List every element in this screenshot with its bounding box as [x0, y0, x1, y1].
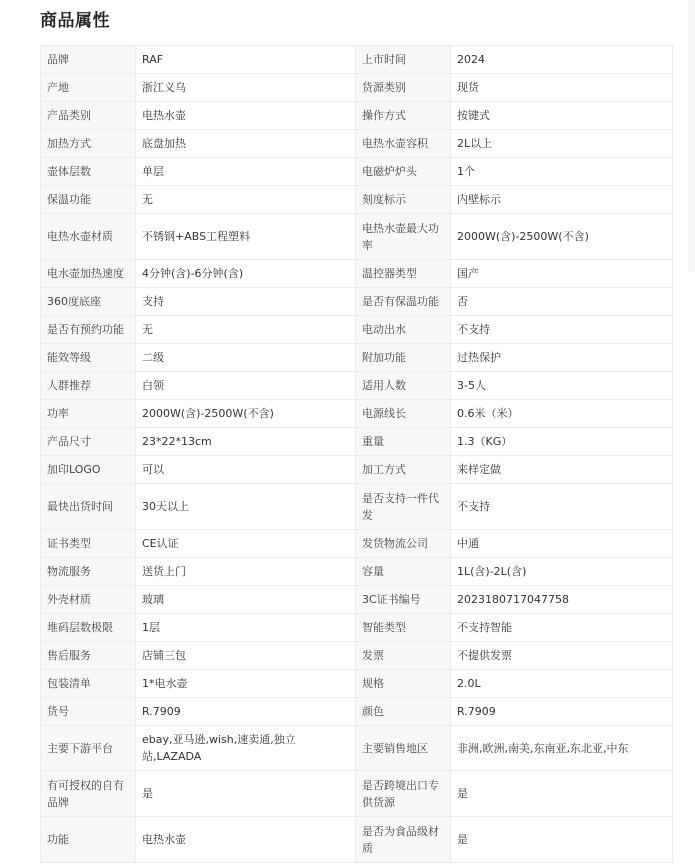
attribute-label: 加工方式	[356, 456, 451, 484]
attribute-value: 玻璃	[136, 586, 356, 614]
attribute-value: 否	[451, 288, 673, 316]
attribute-value: 浙江义乌	[136, 74, 356, 102]
attribute-value: 二级	[136, 344, 356, 372]
attribute-label: 能效等级	[41, 344, 136, 372]
attribute-value: 非洲,欧洲,南美,东南亚,东北亚,中东	[451, 726, 673, 771]
attribute-label: 适用人数	[356, 372, 451, 400]
attribute-label: 刻度标示	[356, 186, 451, 214]
attribute-row: 功能电热水壶是否为食品级材质是	[41, 817, 673, 863]
attribute-value: 1个	[451, 158, 673, 186]
attribute-row: 主要下游平台ebay,亚马逊,wish,速卖通,独立站,LAZADA主要销售地区…	[41, 726, 673, 771]
attribute-label: 重量	[356, 428, 451, 456]
attribute-value: 来样定做	[451, 456, 673, 484]
attribute-value: R.7909	[136, 698, 356, 726]
attribute-label: 是否为食品级材质	[356, 817, 451, 863]
attribute-label: 品牌	[41, 46, 136, 74]
attributes-body: 品牌RAF上市时间2024产地浙江义乌货源类别现货产品类别电热水壶操作方式按键式…	[41, 46, 673, 863]
attribute-value: 过热保护	[451, 344, 673, 372]
attribute-row: 产品类别电热水壶操作方式按键式	[41, 102, 673, 130]
attribute-value: 电热水壶	[136, 102, 356, 130]
attribute-value: 现货	[451, 74, 673, 102]
attribute-value: 不锈钢+ABS工程塑料	[136, 214, 356, 260]
attribute-label: 产品类别	[41, 102, 136, 130]
attribute-value: 送货上门	[136, 558, 356, 586]
attribute-row: 产品尺寸23*22*13cm重量1.3（KG）	[41, 428, 673, 456]
attribute-label: 是否跨境出口专供货源	[356, 771, 451, 817]
attribute-label: 智能类型	[356, 614, 451, 642]
attribute-value: 不支持智能	[451, 614, 673, 642]
attribute-label: 附加功能	[356, 344, 451, 372]
attribute-label: 主要销售地区	[356, 726, 451, 771]
attribute-label: 操作方式	[356, 102, 451, 130]
attribute-label: 电热水壶最大功率	[356, 214, 451, 260]
attribute-value: 是	[451, 817, 673, 863]
attribute-label: 人群推荐	[41, 372, 136, 400]
attribute-label: 产地	[41, 74, 136, 102]
attribute-value: 2000W(含)-2500W(不含)	[451, 214, 673, 260]
attribute-label: 外壳材质	[41, 586, 136, 614]
attribute-row: 壶体层数单层电磁炉炉头1个	[41, 158, 673, 186]
attribute-row: 堆码层数极限1层智能类型不支持智能	[41, 614, 673, 642]
attribute-row: 产地浙江义乌货源类别现货	[41, 74, 673, 102]
attribute-value: 内壁标示	[451, 186, 673, 214]
attribute-value: 可以	[136, 456, 356, 484]
attribute-label: 货源类别	[356, 74, 451, 102]
attribute-label: 360度底座	[41, 288, 136, 316]
attribute-value: RAF	[136, 46, 356, 74]
attribute-value: 2.0L	[451, 670, 673, 698]
attribute-value: 2024	[451, 46, 673, 74]
attribute-label: 3C证书编号	[356, 586, 451, 614]
attribute-value: 按键式	[451, 102, 673, 130]
attribute-value: 是	[136, 771, 356, 817]
attribute-value: 国产	[451, 260, 673, 288]
attribute-label: 发货物流公司	[356, 530, 451, 558]
attribute-row: 包装清单1*电水壶规格2.0L	[41, 670, 673, 698]
attribute-value: ebay,亚马逊,wish,速卖通,独立站,LAZADA	[136, 726, 356, 771]
attribute-label: 颜色	[356, 698, 451, 726]
attribute-label: 电源线长	[356, 400, 451, 428]
attribute-row: 物流服务送货上门容量1L(含)-2L(含)	[41, 558, 673, 586]
attribute-label: 规格	[356, 670, 451, 698]
attribute-row: 售后服务店铺三包发票不提供发票	[41, 642, 673, 670]
attribute-label: 证书类型	[41, 530, 136, 558]
attribute-row: 最快出货时间30天以上是否支持一件代发不支持	[41, 484, 673, 530]
attribute-row: 电热水壶材质不锈钢+ABS工程塑料电热水壶最大功率2000W(含)-2500W(…	[41, 214, 673, 260]
attribute-row: 品牌RAF上市时间2024	[41, 46, 673, 74]
attribute-value: 白领	[136, 372, 356, 400]
attribute-label: 加印LOGO	[41, 456, 136, 484]
attribute-label: 上市时间	[356, 46, 451, 74]
attribute-value: 0.6米（米）	[451, 400, 673, 428]
attribute-value: 23*22*13cm	[136, 428, 356, 456]
attribute-value: 1.3（KG）	[451, 428, 673, 456]
section-title: 商品属性	[40, 6, 110, 31]
attribute-value: 不提供发票	[451, 642, 673, 670]
attribute-label: 包装清单	[41, 670, 136, 698]
attribute-label: 最快出货时间	[41, 484, 136, 530]
attribute-row: 保温功能无刻度标示内壁标示	[41, 186, 673, 214]
attribute-value: 电热水壶	[136, 817, 356, 863]
scrollbar[interactable]	[688, 0, 695, 272]
attribute-value: R.7909	[451, 698, 673, 726]
attribute-label: 容量	[356, 558, 451, 586]
attribute-value: 中通	[451, 530, 673, 558]
attribute-label: 加热方式	[41, 130, 136, 158]
attribute-label: 温控器类型	[356, 260, 451, 288]
attribute-label: 电动出水	[356, 316, 451, 344]
attribute-label: 是否有预约功能	[41, 316, 136, 344]
attribute-row: 证书类型CE认证发货物流公司中通	[41, 530, 673, 558]
attribute-value: 无	[136, 186, 356, 214]
attribute-value: 3-5人	[451, 372, 673, 400]
attribute-label: 是否有保温功能	[356, 288, 451, 316]
attribute-label: 物流服务	[41, 558, 136, 586]
attribute-value: 无	[136, 316, 356, 344]
attribute-label: 是否支持一件代发	[356, 484, 451, 530]
attribute-value: 店铺三包	[136, 642, 356, 670]
attribute-value: 单层	[136, 158, 356, 186]
product-attributes-table: 品牌RAF上市时间2024产地浙江义乌货源类别现货产品类别电热水壶操作方式按键式…	[40, 45, 673, 863]
attribute-row: 货号R.7909颜色R.7909	[41, 698, 673, 726]
attribute-label: 主要下游平台	[41, 726, 136, 771]
attribute-label: 售后服务	[41, 642, 136, 670]
attribute-value: 1*电水壶	[136, 670, 356, 698]
attribute-value: 不支持	[451, 316, 673, 344]
attribute-row: 电水壶加热速度4分钟(含)-6分钟(含)温控器类型国产	[41, 260, 673, 288]
attribute-row: 有可授权的自有品牌是是否跨境出口专供货源是	[41, 771, 673, 817]
attribute-row: 人群推荐白领适用人数3-5人	[41, 372, 673, 400]
attribute-value: 支持	[136, 288, 356, 316]
attribute-value: 是	[451, 771, 673, 817]
attribute-label: 电水壶加热速度	[41, 260, 136, 288]
attribute-value: 1层	[136, 614, 356, 642]
attribute-row: 外壳材质玻璃3C证书编号2023180717047758	[41, 586, 673, 614]
attribute-row: 加热方式底盘加热电热水壶容积2L以上	[41, 130, 673, 158]
attribute-label: 功率	[41, 400, 136, 428]
attribute-row: 加印LOGO可以加工方式来样定做	[41, 456, 673, 484]
attribute-label: 电热水壶容积	[356, 130, 451, 158]
attribute-label: 壶体层数	[41, 158, 136, 186]
attribute-label: 功能	[41, 817, 136, 863]
attribute-value: 底盘加热	[136, 130, 356, 158]
attribute-row: 是否有预约功能无电动出水不支持	[41, 316, 673, 344]
attribute-label: 产品尺寸	[41, 428, 136, 456]
attribute-label: 电磁炉炉头	[356, 158, 451, 186]
attribute-row: 360度底座支持是否有保温功能否	[41, 288, 673, 316]
attribute-value: 2023180717047758	[451, 586, 673, 614]
attribute-value: 30天以上	[136, 484, 356, 530]
attribute-value: 2L以上	[451, 130, 673, 158]
attribute-value: CE认证	[136, 530, 356, 558]
attribute-label: 保温功能	[41, 186, 136, 214]
attribute-label: 堆码层数极限	[41, 614, 136, 642]
attribute-value: 1L(含)-2L(含)	[451, 558, 673, 586]
attribute-value: 不支持	[451, 484, 673, 530]
attribute-row: 功率2000W(含)-2500W(不含)电源线长0.6米（米）	[41, 400, 673, 428]
attribute-label: 发票	[356, 642, 451, 670]
attribute-label: 电热水壶材质	[41, 214, 136, 260]
attribute-label: 有可授权的自有品牌	[41, 771, 136, 817]
attribute-label: 货号	[41, 698, 136, 726]
attribute-row: 能效等级二级附加功能过热保护	[41, 344, 673, 372]
attribute-value: 2000W(含)-2500W(不含)	[136, 400, 356, 428]
attribute-value: 4分钟(含)-6分钟(含)	[136, 260, 356, 288]
